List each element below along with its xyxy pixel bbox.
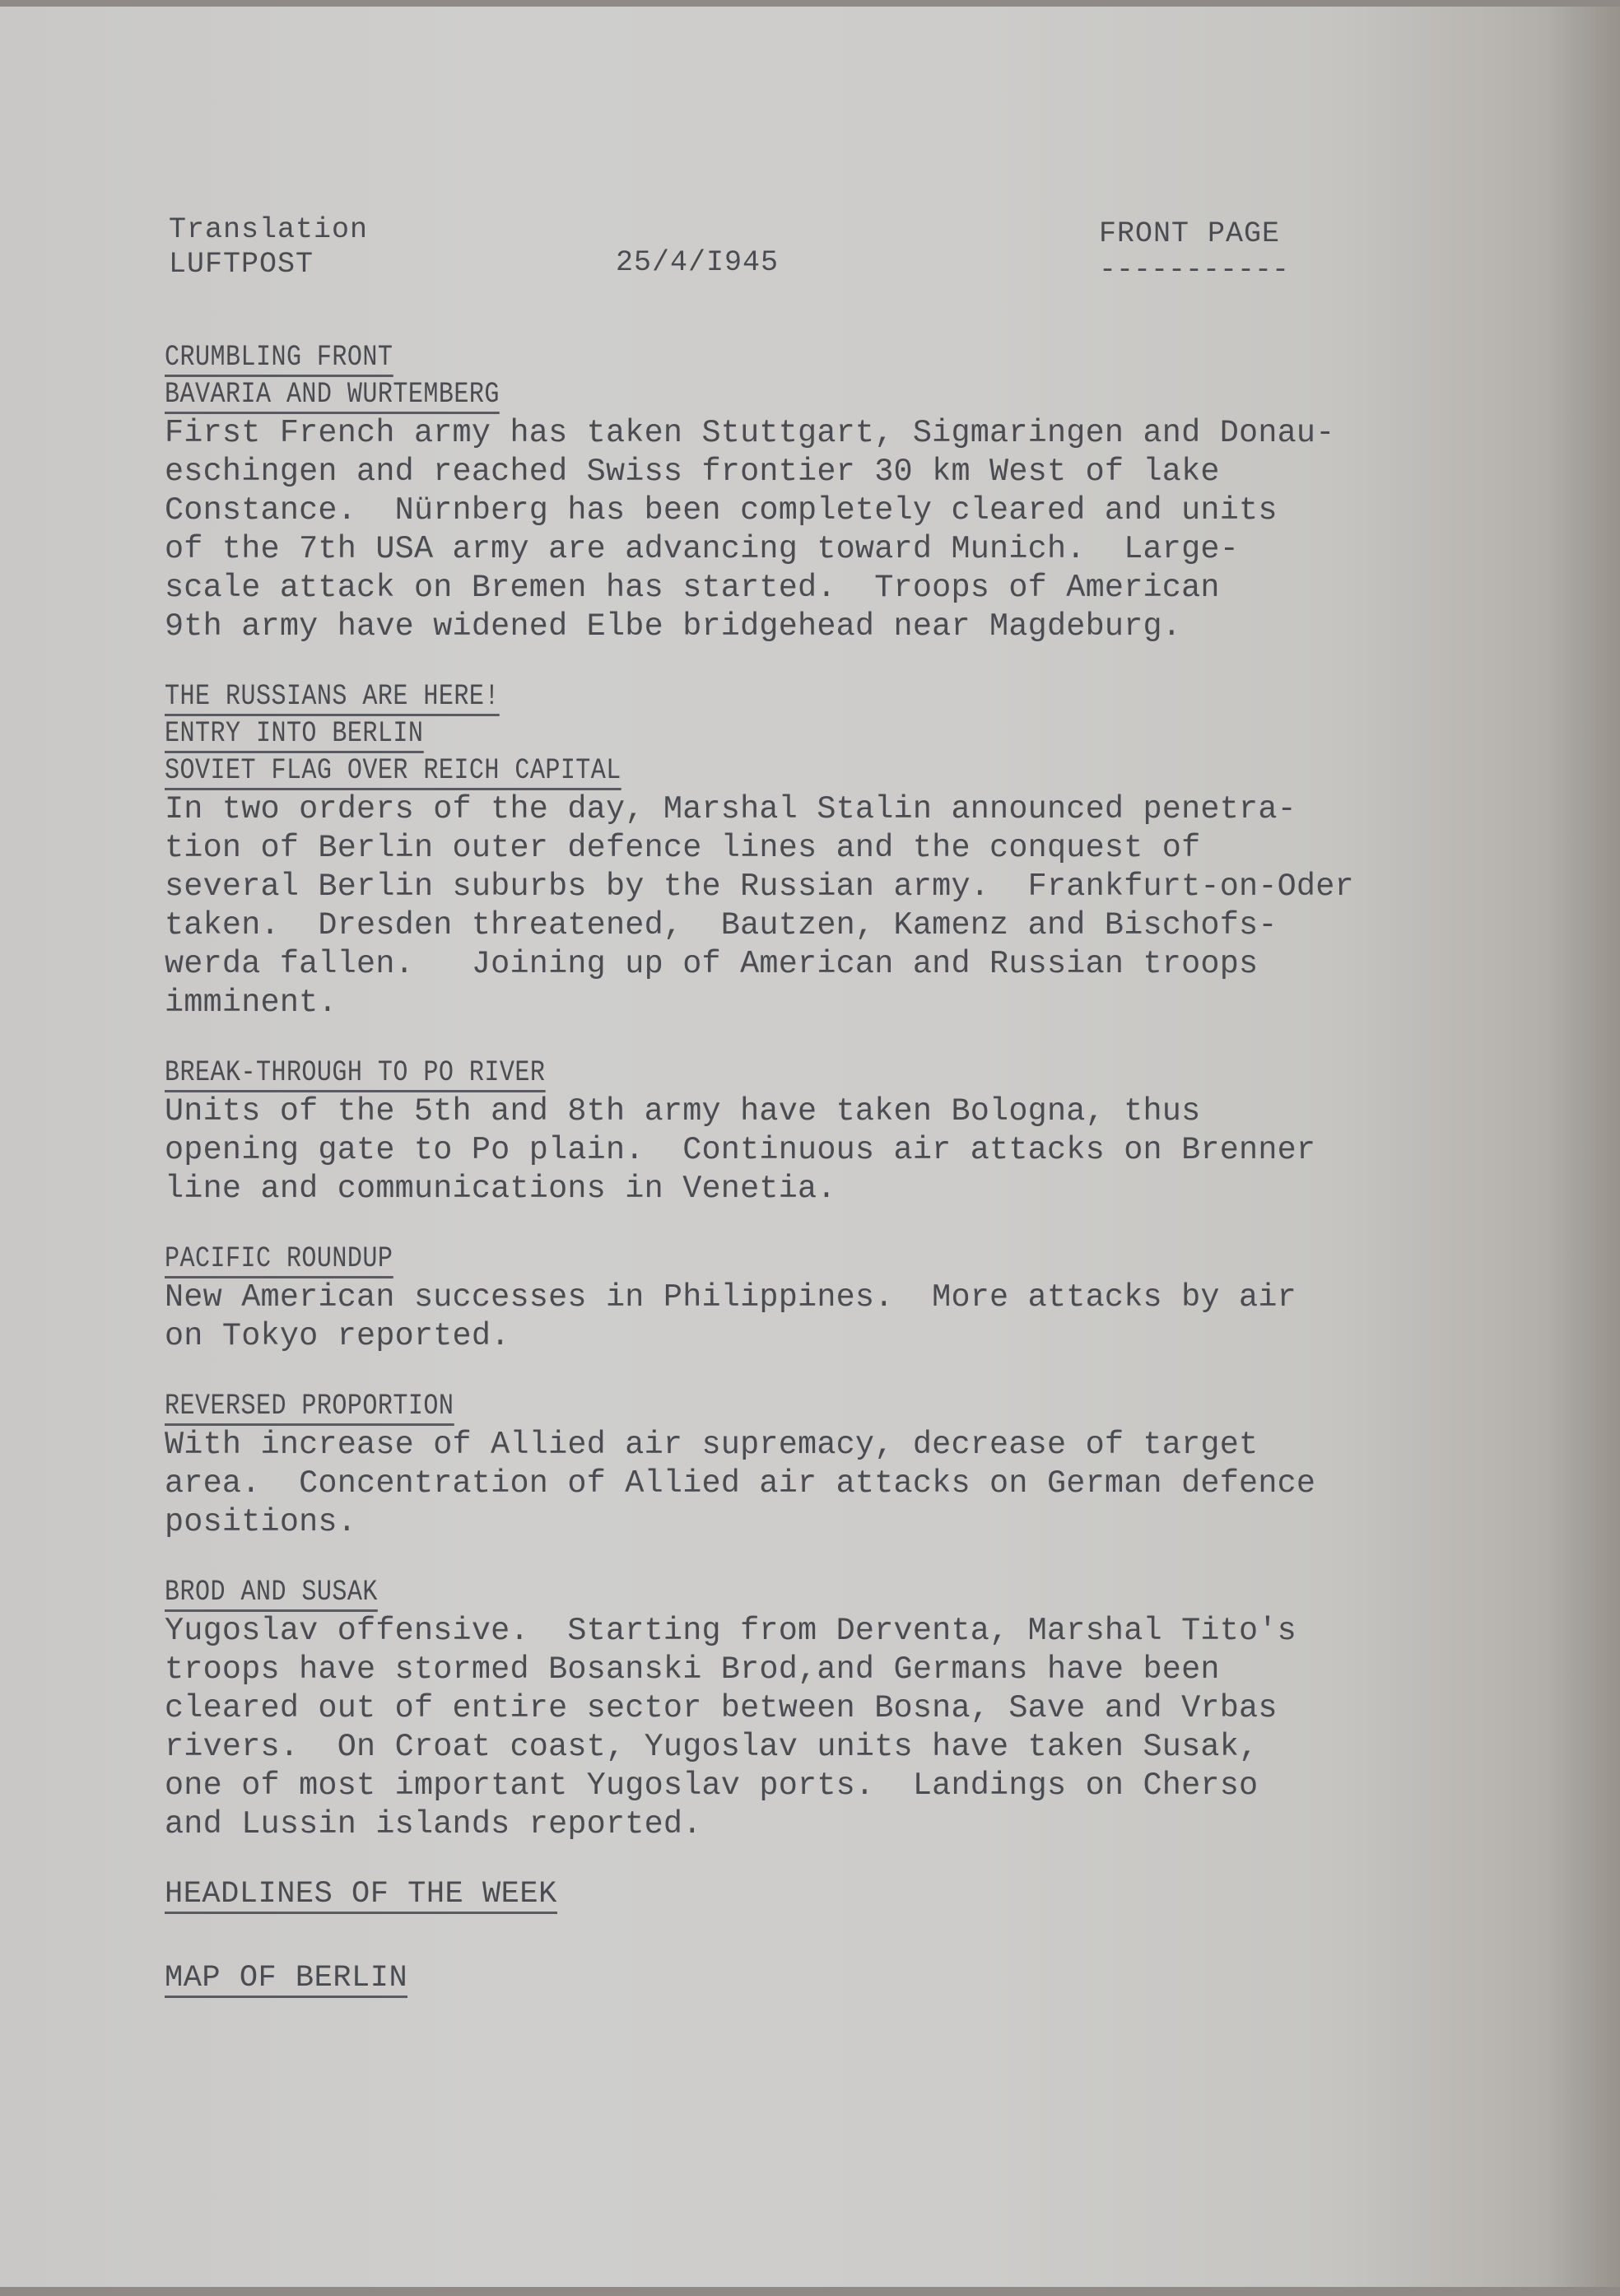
article-body-line: eschingen and reached Swiss frontier 30 …	[165, 453, 1523, 491]
article-heading: BREAK-THROUGH TO PO RIVER	[165, 1055, 545, 1092]
tail-heading: HEADLINES OF THE WEEK	[165, 1877, 557, 1914]
article-section: BROD AND SUSAKYugoslav offensive. Starti…	[165, 1575, 1523, 1844]
article-heading: BAVARIA AND WURTEMBERG	[165, 377, 500, 414]
article-heading: BROD AND SUSAK	[165, 1575, 378, 1612]
article-section: CRUMBLING FRONTBAVARIA AND WURTEMBERGFir…	[165, 340, 1523, 646]
article-body-line: line and communications in Venetia.	[165, 1170, 1523, 1209]
article-body-line: opening gate to Po plain. Continuous air…	[165, 1131, 1523, 1170]
heading-row: BAVARIA AND WURTEMBERG	[165, 377, 1523, 414]
article-heading: PACIFIC ROUNDUP	[165, 1241, 393, 1278]
article-body-line: of the 7th USA army are advancing toward…	[165, 530, 1523, 569]
article-body-line: scale attack on Bremen has started. Troo…	[165, 569, 1523, 608]
header-right: FRONT PAGE -----------	[1099, 217, 1289, 287]
header-left: Translation LUFTPOST	[169, 212, 368, 282]
article-body-line: rivers. On Croat coast, Yugoslav units h…	[165, 1728, 1523, 1767]
header-translation-label: Translation	[169, 212, 368, 247]
tail-section: HEADLINES OF THE WEEK	[165, 1877, 1523, 1916]
tail-section: MAP OF BERLIN	[165, 1961, 1523, 2000]
article-section: THE RUSSIANS ARE HERE!ENTRY INTO BERLINS…	[165, 679, 1523, 1022]
article-body-line: troops have stormed Bosanski Brod,and Ge…	[165, 1651, 1523, 1689]
article-body-line: one of most important Yugoslav ports. La…	[165, 1767, 1523, 1805]
article-list: CRUMBLING FRONTBAVARIA AND WURTEMBERGFir…	[165, 340, 1523, 2045]
article-body-line: positions.	[165, 1503, 1523, 1542]
heading-row: CRUMBLING FRONT	[165, 340, 1523, 377]
article-section: PACIFIC ROUNDUPNew American successes in…	[165, 1241, 1523, 1356]
article-heading: REVERSED PROPORTION	[165, 1389, 454, 1426]
article-body-line: New American successes in Philippines. M…	[165, 1278, 1523, 1317]
article-heading: ENTRY INTO BERLIN	[165, 716, 423, 753]
article-body-line: cleared out of entire sector between Bos…	[165, 1689, 1523, 1728]
article-body-line: Units of the 5th and 8th army have taken…	[165, 1092, 1523, 1131]
article-body-line: area. Concentration of Allied air attack…	[165, 1465, 1523, 1503]
heading-row: THE RUSSIANS ARE HERE!	[165, 679, 1523, 716]
header-front-page-label: FRONT PAGE	[1099, 217, 1289, 251]
document-page: Translation LUFTPOST 25/4/I945 FRONT PAG…	[0, 7, 1620, 2287]
header-publication-name: LUFTPOST	[169, 247, 368, 282]
article-body-line: and Lussin islands reported.	[165, 1805, 1523, 1844]
header-dashed-underline: -----------	[1099, 253, 1289, 287]
heading-row: BROD AND SUSAK	[165, 1575, 1523, 1612]
article-body-line: several Berlin suburbs by the Russian ar…	[165, 868, 1523, 906]
article-body-line: Yugoslav offensive. Starting from Derven…	[165, 1612, 1523, 1651]
header-date: 25/4/I945	[616, 245, 779, 280]
heading-row: PACIFIC ROUNDUP	[165, 1241, 1523, 1278]
article-heading: SOVIET FLAG OVER REICH CAPITAL	[165, 753, 621, 790]
article-body-line: Constance. Nürnberg has been completely …	[165, 491, 1523, 530]
article-body-line: 9th army have widened Elbe bridgehead ne…	[165, 608, 1523, 646]
page-edge-shadow	[1546, 7, 1620, 2287]
article-heading: CRUMBLING FRONT	[165, 340, 393, 377]
article-body-line: First French army has taken Stuttgart, S…	[165, 414, 1523, 453]
heading-row: SOVIET FLAG OVER REICH CAPITAL	[165, 753, 1523, 790]
article-body-line: tion of Berlin outer defence lines and t…	[165, 829, 1523, 868]
article-body-line: werda fallen. Joining up of American and…	[165, 945, 1523, 984]
article-section: REVERSED PROPORTIONWith increase of Alli…	[165, 1389, 1523, 1542]
article-body-line: on Tokyo reported.	[165, 1317, 1523, 1356]
heading-row: REVERSED PROPORTION	[165, 1389, 1523, 1426]
article-body-line: taken. Dresden threatened, Bautzen, Kame…	[165, 906, 1523, 945]
article-body-line: imminent.	[165, 984, 1523, 1022]
heading-row: BREAK-THROUGH TO PO RIVER	[165, 1055, 1523, 1092]
article-body-line: In two orders of the day, Marshal Stalin…	[165, 790, 1523, 829]
tail-heading: MAP OF BERLIN	[165, 1961, 407, 1998]
article-section: BREAK-THROUGH TO PO RIVERUnits of the 5t…	[165, 1055, 1523, 1209]
heading-row: ENTRY INTO BERLIN	[165, 716, 1523, 753]
article-body-line: With increase of Allied air supremacy, d…	[165, 1426, 1523, 1465]
article-heading: THE RUSSIANS ARE HERE!	[165, 679, 500, 716]
